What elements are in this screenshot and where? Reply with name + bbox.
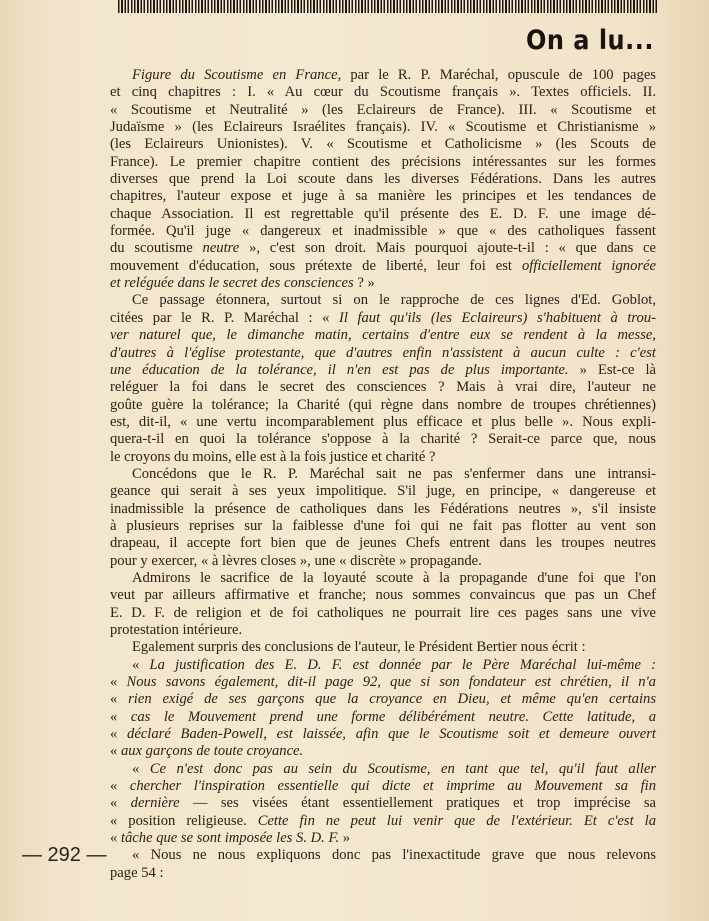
text-line: Concédons que le R. P. Maréchal sait ne … [110,466,656,483]
text-segment: officiellement ignorée [522,258,656,274]
text-segment: » Est-ce là [569,362,656,378]
text-segment: Ce passage étonnera, surtout si on le ra… [132,292,656,308]
text-line: reléguer la foi dans le secret des consc… [110,379,656,396]
text-line: et cinq chapitres : I. « Au cœur du Scou… [110,84,656,101]
text-segment: geance qui serait à ses yeux impolitique… [110,483,656,499]
paragraph: Concédons que le R. P. Maréchal sait ne … [110,466,656,570]
text-line: d'autres à l'église protestante, que d'a… [110,345,656,362]
text-line: du scoutisme neutre », c'est son droit. … [110,240,656,257]
text-segment: « position religieuse. [110,813,258,829]
text-line: « rien exigé de ses garçons que la croya… [110,691,656,708]
text-line: « chercher l'inspiration essentielle qui… [110,778,656,795]
text-segment: citées par le R. P. Maréchal : « [110,310,339,326]
text-segment: « Scoutisme et Neutralité » (les Eclaire… [110,102,656,118]
section-heading: On a lu... [526,25,654,56]
text-segment: Cette fin ne peut lui venir que de l'ext… [258,813,656,829]
text-line: et reléguée dans le secret des conscienc… [110,275,656,292]
text-segment: « [110,726,127,742]
text-segment: est, dit-il, « une vertu incomparablemen… [110,414,656,430]
text-segment: E. D. F. de religion et de foi catholiqu… [110,605,656,621]
text-segment: dernière [131,795,180,811]
text-line: le croyons du moins, elle est à la fois … [110,449,656,466]
text-segment: et reléguée dans le secret des conscienc… [110,275,354,291]
text-line: à plusieurs reprises sur la faiblesse d'… [110,518,656,535]
text-segment: à plusieurs reprises sur la faiblesse d'… [110,518,656,534]
text-line: ver naturel que, le dimanche matin, cert… [110,327,656,344]
text-segment: déclaré Baden-Powell, est laissée, afin … [127,726,656,742]
text-segment: « [110,743,121,759]
text-segment: reléguer la foi dans le secret des consc… [110,379,656,395]
text-segment: tâche que se sont imposée les S. D. F. [121,830,339,846]
text-segment: — ses visées étant essentiellement prati… [180,795,656,811]
text-line: Egalement surpris des conclusions de l'a… [110,639,656,656]
text-segment: France). Le premier chapitre contient de… [110,154,656,170]
text-line: mouvement d'éducation, sous prétexte de … [110,258,656,275]
text-segment: chercher l'inspiration essentielle qui d… [130,778,656,794]
text-segment: mouvement d'éducation, sous prétexte de … [110,258,522,274]
text-segment: page 54 : [110,865,164,881]
text-segment: et cinq chapitres : I. « Au cœur du Scou… [110,84,656,100]
text-line: Ce passage étonnera, surtout si on le ra… [110,292,656,309]
text-line: France). Le premier chapitre contient de… [110,154,656,171]
text-line: « Nous ne nous expliquons donc pas l'ine… [110,847,656,864]
text-segment: diverses que prend la Loi scoute dans le… [110,171,656,187]
text-segment: inadmissible la présence de catholiques … [110,501,656,517]
text-line: quera-t-il en quoi la tolérance s'oppose… [110,431,656,448]
paragraph: Figure du Scoutisme en France, par le R.… [110,67,656,292]
text-segment: « [110,795,131,811]
text-segment: » [339,830,350,846]
text-segment: Ce n'est donc pas au sein du Scoutisme, … [150,761,656,777]
text-line: (les Eclaireurs Unionistes). V. « Scouti… [110,136,656,153]
text-segment: cas le Mouvement prend une forme délibér… [131,709,656,725]
text-segment: aux garçons de toute croyance. [121,743,303,759]
text-line: drapeau, il accepte fort bien que de jeu… [110,535,656,552]
text-line: formée. Qu'il juge « dangereux et inadmi… [110,223,656,240]
text-segment: Figure du Scoutisme en France [132,67,338,83]
text-segment: ver naturel que, le dimanche matin, cert… [110,327,656,343]
text-line: pour y exercer, « à lèvres closes », une… [110,553,656,570]
text-segment: », c'est son droit. Mais pourquoi ajoute… [239,240,656,256]
text-segment: quera-t-il en quoi la tolérance s'oppose… [110,431,656,447]
text-segment: chapitres, l'auteur expose et juge à sa … [110,188,656,204]
text-segment: neutre [203,240,240,256]
text-line: « tâche que se sont imposée les S. D. F.… [110,830,656,847]
text-line: « dernière — ses visées étant essentiell… [110,795,656,812]
text-line: citées par le R. P. Maréchal : « Il faut… [110,310,656,327]
text-segment: formée. Qu'il juge « dangereux et inadmi… [110,223,656,239]
text-line: « Scoutisme et Neutralité » (les Eclaire… [110,102,656,119]
text-line: « aux garçons de toute croyance. [110,743,656,760]
text-segment: le croyons du moins, elle est à la fois … [110,449,435,465]
text-line: veut par ailleurs affirmative et franche… [110,587,656,604]
text-segment: drapeau, il accepte fort bien que de jeu… [110,535,656,551]
text-line: « cas le Mouvement prend une forme délib… [110,709,656,726]
text-segment: « [132,657,149,673]
text-line: protestation intérieure. [110,622,656,639]
article-body: Figure du Scoutisme en France, par le R.… [110,67,656,882]
text-line: diverses que prend la Loi scoute dans le… [110,171,656,188]
text-segment: Egalement surpris des conclusions de l'a… [132,639,586,655]
paragraph: Ce passage étonnera, surtout si on le ra… [110,292,656,465]
text-line: chapitres, l'auteur expose et juge à sa … [110,188,656,205]
text-segment: « [110,778,130,794]
text-segment: Concédons que le R. P. Maréchal sait ne … [132,466,656,482]
text-segment: une éducation de la tolérance, il n'en e… [110,362,569,378]
text-segment: « Nous ne nous expliquons donc pas l'ine… [132,847,656,863]
text-line: est, dit-il, « une vertu incomparablemen… [110,414,656,431]
paragraph: Egalement surpris des conclusions de l'a… [110,639,656,656]
text-segment: , par le R. P. Maréchal, opuscule de 100… [338,67,656,83]
text-line: « La justification des E. D. F. est donn… [110,657,656,674]
text-line: Judaïsme » (les Eclaireurs Israélites fr… [110,119,656,136]
text-line: page 54 : [110,865,656,882]
text-segment: (les Eclaireurs Unionistes). V. « Scouti… [110,136,656,152]
text-line: une éducation de la tolérance, il n'en e… [110,362,656,379]
text-segment: La justification des E. D. F. est donnée… [149,657,656,673]
text-segment: d'autres à l'église protestante, que d'a… [110,345,656,361]
text-segment: Il faut qu'ils (les Eclaireurs) s'habitu… [339,310,656,326]
quoted-paragraph: « Ce n'est donc pas au sein du Scoutisme… [110,761,656,848]
text-segment: « [110,691,128,707]
text-segment: « [110,830,121,846]
page-number: — 292 — [22,844,106,867]
text-segment: « [110,709,131,725]
text-segment: Nous savons également, dit-il page 92, q… [127,674,656,690]
text-line: « Nous savons également, dit-il page 92,… [110,674,656,691]
text-segment: protestation intérieure. [110,622,242,638]
text-segment: du scoutisme [110,240,203,256]
text-segment: ? » [354,275,375,291]
decorative-barcode-rule [118,0,658,13]
text-segment: chaque Association. Il est regrettable q… [110,206,656,222]
text-segment: Admirons le sacrifice de la loyauté scou… [132,570,656,586]
quoted-paragraph: « La justification des E. D. F. est donn… [110,657,656,761]
text-line: inadmissible la présence de catholiques … [110,501,656,518]
text-line: « déclaré Baden-Powell, est laissée, afi… [110,726,656,743]
text-line: « Ce n'est donc pas au sein du Scoutisme… [110,761,656,778]
text-segment: « [132,761,150,777]
paragraph: Admirons le sacrifice de la loyauté scou… [110,570,656,639]
text-segment: veut par ailleurs affirmative et franche… [110,587,656,603]
text-line: Admirons le sacrifice de la loyauté scou… [110,570,656,587]
text-line: E. D. F. de religion et de foi catholiqu… [110,605,656,622]
text-segment: goûte guère la tolérance; la Charité (qu… [110,397,656,413]
text-line: goûte guère la tolérance; la Charité (qu… [110,397,656,414]
text-line: chaque Association. Il est regrettable q… [110,206,656,223]
text-line: Figure du Scoutisme en France, par le R.… [110,67,656,84]
paragraph: « Nous ne nous expliquons donc pas l'ine… [110,847,656,882]
text-segment: Judaïsme » (les Eclaireurs Israélites fr… [110,119,656,135]
text-segment: « [110,674,127,690]
text-segment: pour y exercer, « à lèvres closes », une… [110,553,482,569]
text-line: « position religieuse. Cette fin ne peut… [110,813,656,830]
text-line: geance qui serait à ses yeux impolitique… [110,483,656,500]
text-segment: rien exigé de ses garçons que la croyanc… [128,691,656,707]
